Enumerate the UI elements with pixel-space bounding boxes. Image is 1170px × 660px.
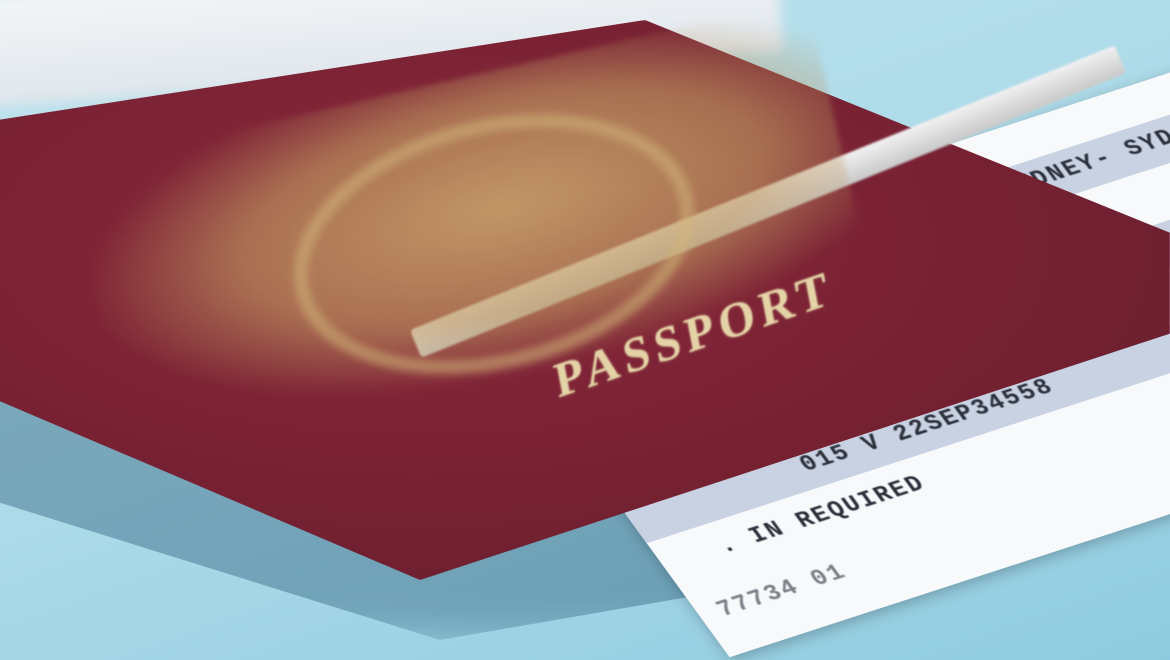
ticket-number: 77734 01 (712, 560, 853, 624)
photo-scene: SYDNEY- SYD LOS ANGELES- LAX NIC AIRLINE… (0, 0, 1170, 660)
